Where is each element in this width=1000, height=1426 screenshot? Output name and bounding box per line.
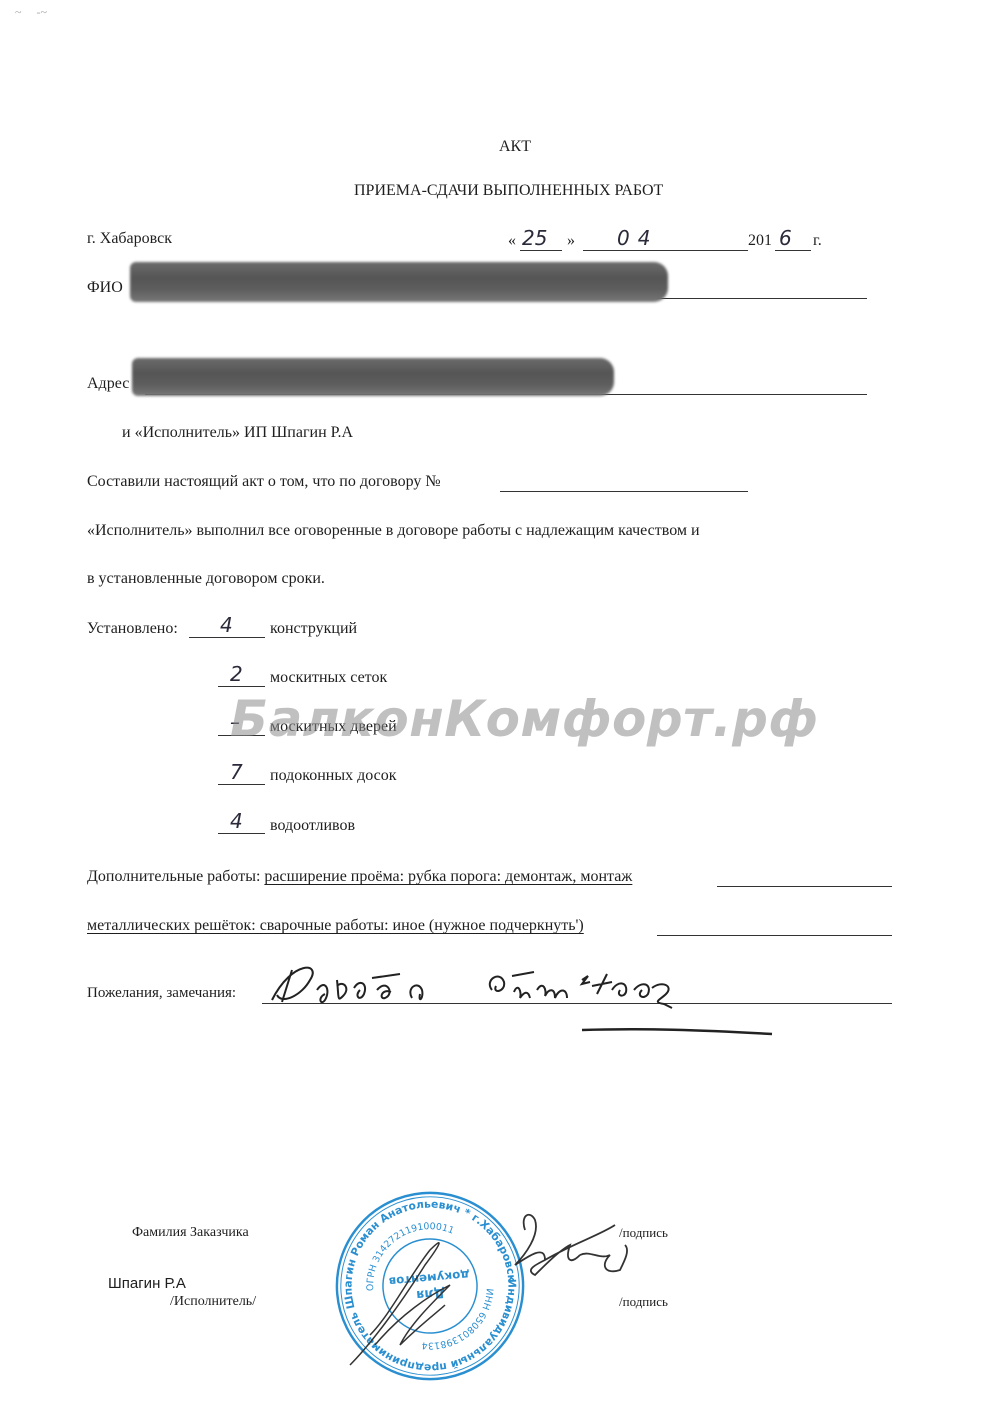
executor-line: и «Исполнитель» ИП Шпагин Р.А: [122, 424, 353, 442]
item-value: 7: [230, 760, 243, 784]
item-underline: [218, 833, 265, 834]
executor-role: /Исполнитель/: [170, 1294, 256, 1310]
address-redaction: [132, 358, 614, 396]
body-line-1: «Исполнитель» выполнил все оговоренные в…: [87, 522, 700, 540]
contract-number-field[interactable]: [500, 491, 748, 492]
customer-label: Фамилия Заказчика: [132, 1225, 249, 1241]
date-month: 04: [617, 226, 658, 250]
fio-label: ФИО: [87, 279, 123, 297]
body-line-2: в установленные договором сроки.: [87, 570, 325, 588]
extra-field-line-2[interactable]: [657, 935, 892, 936]
extra-line-1: расширение проёма: рубка порога: демонта…: [264, 868, 632, 885]
contract-line: Составили настоящий акт о том, что по до…: [87, 473, 441, 491]
installed-label: Установлено:: [87, 620, 178, 638]
extra-works-line-2: металлических решёток: сварочные работы:…: [87, 917, 584, 935]
scan-artifact: ~ -~: [15, 5, 47, 20]
date-year-suffix: 6: [779, 226, 792, 250]
city: г. Хабаровск: [87, 230, 172, 248]
extra-field-line-1[interactable]: [717, 886, 892, 887]
date-year-prefix: 201: [748, 232, 772, 250]
date-day: 25: [522, 226, 547, 250]
extra-line-2: металлических решёток: сварочные работы:…: [87, 917, 584, 934]
item-label: конструкций: [270, 620, 357, 638]
date-close-quote: »: [567, 232, 575, 250]
item-label: водоотливов: [270, 817, 355, 835]
day-underline: [520, 250, 562, 251]
document-title: АКТ: [499, 138, 531, 156]
item-value: 4: [220, 613, 233, 637]
executor-signature: [330, 1205, 710, 1375]
fio-redaction: [130, 262, 668, 302]
item-label: москитных сеток: [270, 669, 387, 687]
item-value: 4: [230, 809, 243, 833]
year-underline: [775, 250, 811, 251]
remarks-label: Пожелания, замечания:: [87, 985, 236, 1002]
address-label: Адрес: [87, 375, 129, 393]
date-year-unit: г.: [813, 232, 822, 250]
extra-label: Дополнительные работы:: [87, 868, 260, 885]
month-underline: [583, 250, 748, 251]
item-underline: [218, 686, 265, 687]
executor-name: Шпагин Р.А: [108, 1275, 186, 1292]
extra-works-label: Дополнительные работы: расширение проёма…: [87, 868, 632, 886]
remarks-handwriting: [262, 950, 822, 1040]
date-open-quote: «: [508, 232, 516, 250]
item-underline: [218, 784, 265, 785]
watermark: БалконКомфорт.рф: [230, 690, 819, 748]
item-label: подоконных досок: [270, 767, 397, 785]
item-value: 2: [230, 662, 243, 686]
item-underline: [189, 637, 265, 638]
document-subtitle: ПРИЕМА-СДАЧИ ВЫПОЛНЕННЫХ РАБОТ: [354, 182, 663, 200]
